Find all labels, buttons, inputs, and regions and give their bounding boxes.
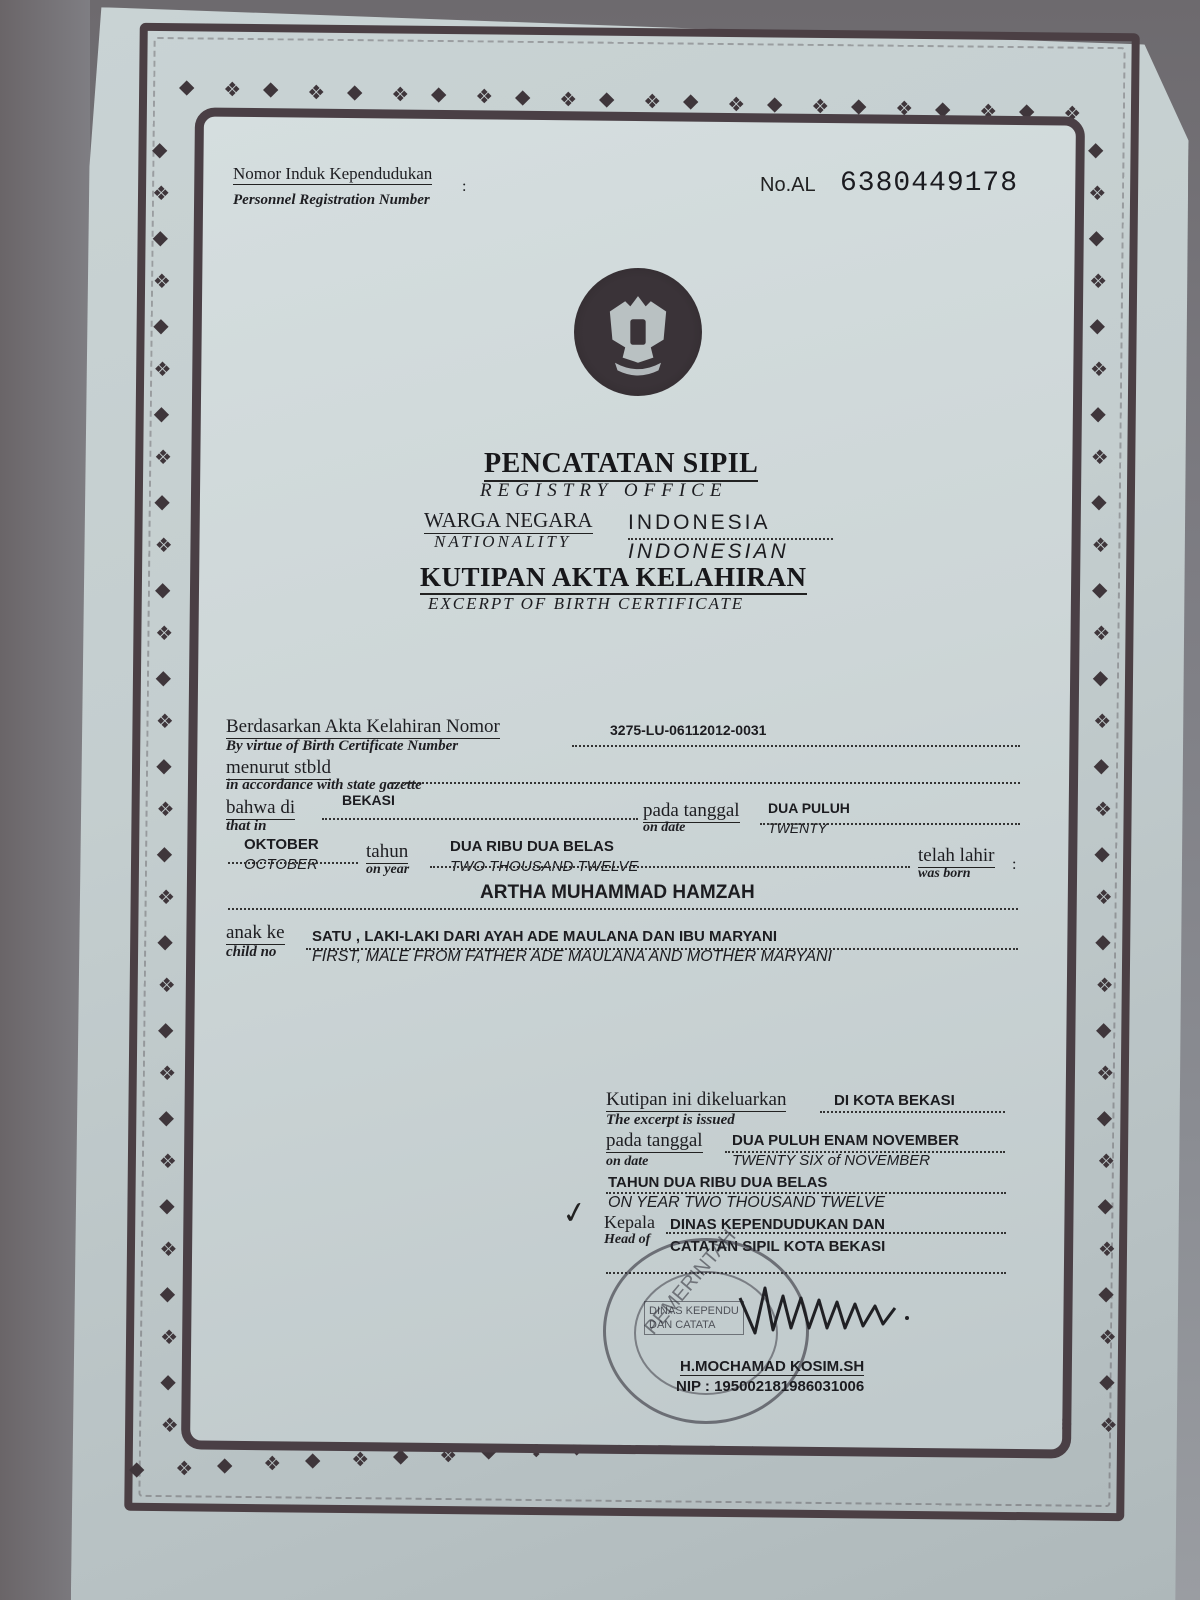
stamp-box: DINAS KEPENDU DAN CATATA: [644, 1301, 744, 1335]
nationality-label-en: NATIONALITY: [434, 532, 571, 552]
official-name: H.MOCHAMAD KOSIM.SH: [680, 1358, 864, 1376]
child-name: ARTHA MUHAMMAD HAMZAH: [480, 882, 755, 904]
nationality-label: WARGA NEGARA: [424, 508, 593, 534]
issued-label: Kutipan ini dikeluarkan: [606, 1089, 786, 1112]
office-line-1: DINAS KEPENDUDUKAN DAN: [670, 1216, 885, 1233]
place-value: BEKASI: [342, 792, 395, 808]
child-detail: SATU , LAKI-LAKI DARI AYAH ADE MAULANA D…: [312, 928, 777, 945]
head-label: Kepala: [604, 1212, 655, 1233]
issue-date-label-en: on date: [606, 1154, 648, 1170]
place-label-en: that in: [226, 818, 266, 835]
child-no-label-en: child no: [226, 944, 276, 961]
signature-icon: [735, 1278, 915, 1338]
serial-prefix: No.AL: [760, 174, 816, 197]
document-title: KUTIPAN AKTA KELAHIRAN: [420, 562, 807, 595]
nationality-value: INDONESIA: [628, 511, 771, 535]
cert-number-label: Berdasarkan Akta Kelahiran Nomor: [226, 716, 500, 739]
cert-number-value: 3275-LU-06112012-0031: [610, 722, 766, 738]
nik-label-en: Personnel Registration Number: [233, 192, 430, 209]
year-value: DUA RIBU DUA BELAS: [450, 838, 614, 855]
issued-place: DI KOTA BEKASI: [834, 1092, 955, 1109]
issued-label-en: The excerpt is issued: [606, 1112, 735, 1129]
child-detail-en: FIRST, MALE FROM FATHER ADE MAULANA AND …: [312, 948, 832, 966]
official-nip: NIP : 195002181986031006: [676, 1378, 864, 1395]
issue-date-label: pada tanggal: [606, 1130, 703, 1153]
month-value: OKTOBER: [244, 836, 319, 853]
garuda-emblem-icon: [574, 268, 702, 396]
serial-number: 6380449178: [840, 168, 1018, 199]
nationality-value-en: INDONESIAN: [628, 540, 789, 564]
year-label-en: on year: [366, 862, 409, 878]
issue-date-value: DUA PULUH ENAM NOVEMBER: [732, 1132, 959, 1149]
nik-label: Nomor Induk Kependudukan: [233, 164, 432, 185]
issue-date-value-en: TWENTY SIX of NOVEMBER: [732, 1152, 930, 1169]
issue-year-value: TAHUN DUA RIBU DUA BELAS: [608, 1174, 827, 1191]
certificate-content: Nomor Induk Kependudukan Personnel Regis…: [0, 0, 1200, 1600]
initial-mark-icon: ✓: [559, 1194, 590, 1233]
issue-year-value-en: ON YEAR TWO THOUSAND TWELVE: [608, 1194, 885, 1212]
date-label-en: on date: [643, 820, 685, 836]
registry-title-en: REGISTRY OFFICE: [480, 480, 727, 502]
head-label-en: Head of: [604, 1232, 650, 1248]
registry-title: PENCATATAN SIPIL: [484, 448, 758, 482]
born-label: telah lahir: [918, 845, 995, 868]
cert-number-label-en: By virtue of Birth Certificate Number: [226, 738, 458, 755]
place-label: bahwa di: [226, 797, 295, 820]
colon: :: [462, 178, 466, 196]
document-title-en: EXCERPT OF BIRTH CERTIFICATE: [428, 594, 744, 614]
year-label: tahun: [366, 841, 408, 864]
child-no-label: anak ke: [226, 922, 285, 945]
born-label-en: was born: [918, 866, 971, 882]
month-value-en: OCTOBER: [244, 856, 318, 873]
day-value: DUA PULUH: [768, 800, 850, 816]
